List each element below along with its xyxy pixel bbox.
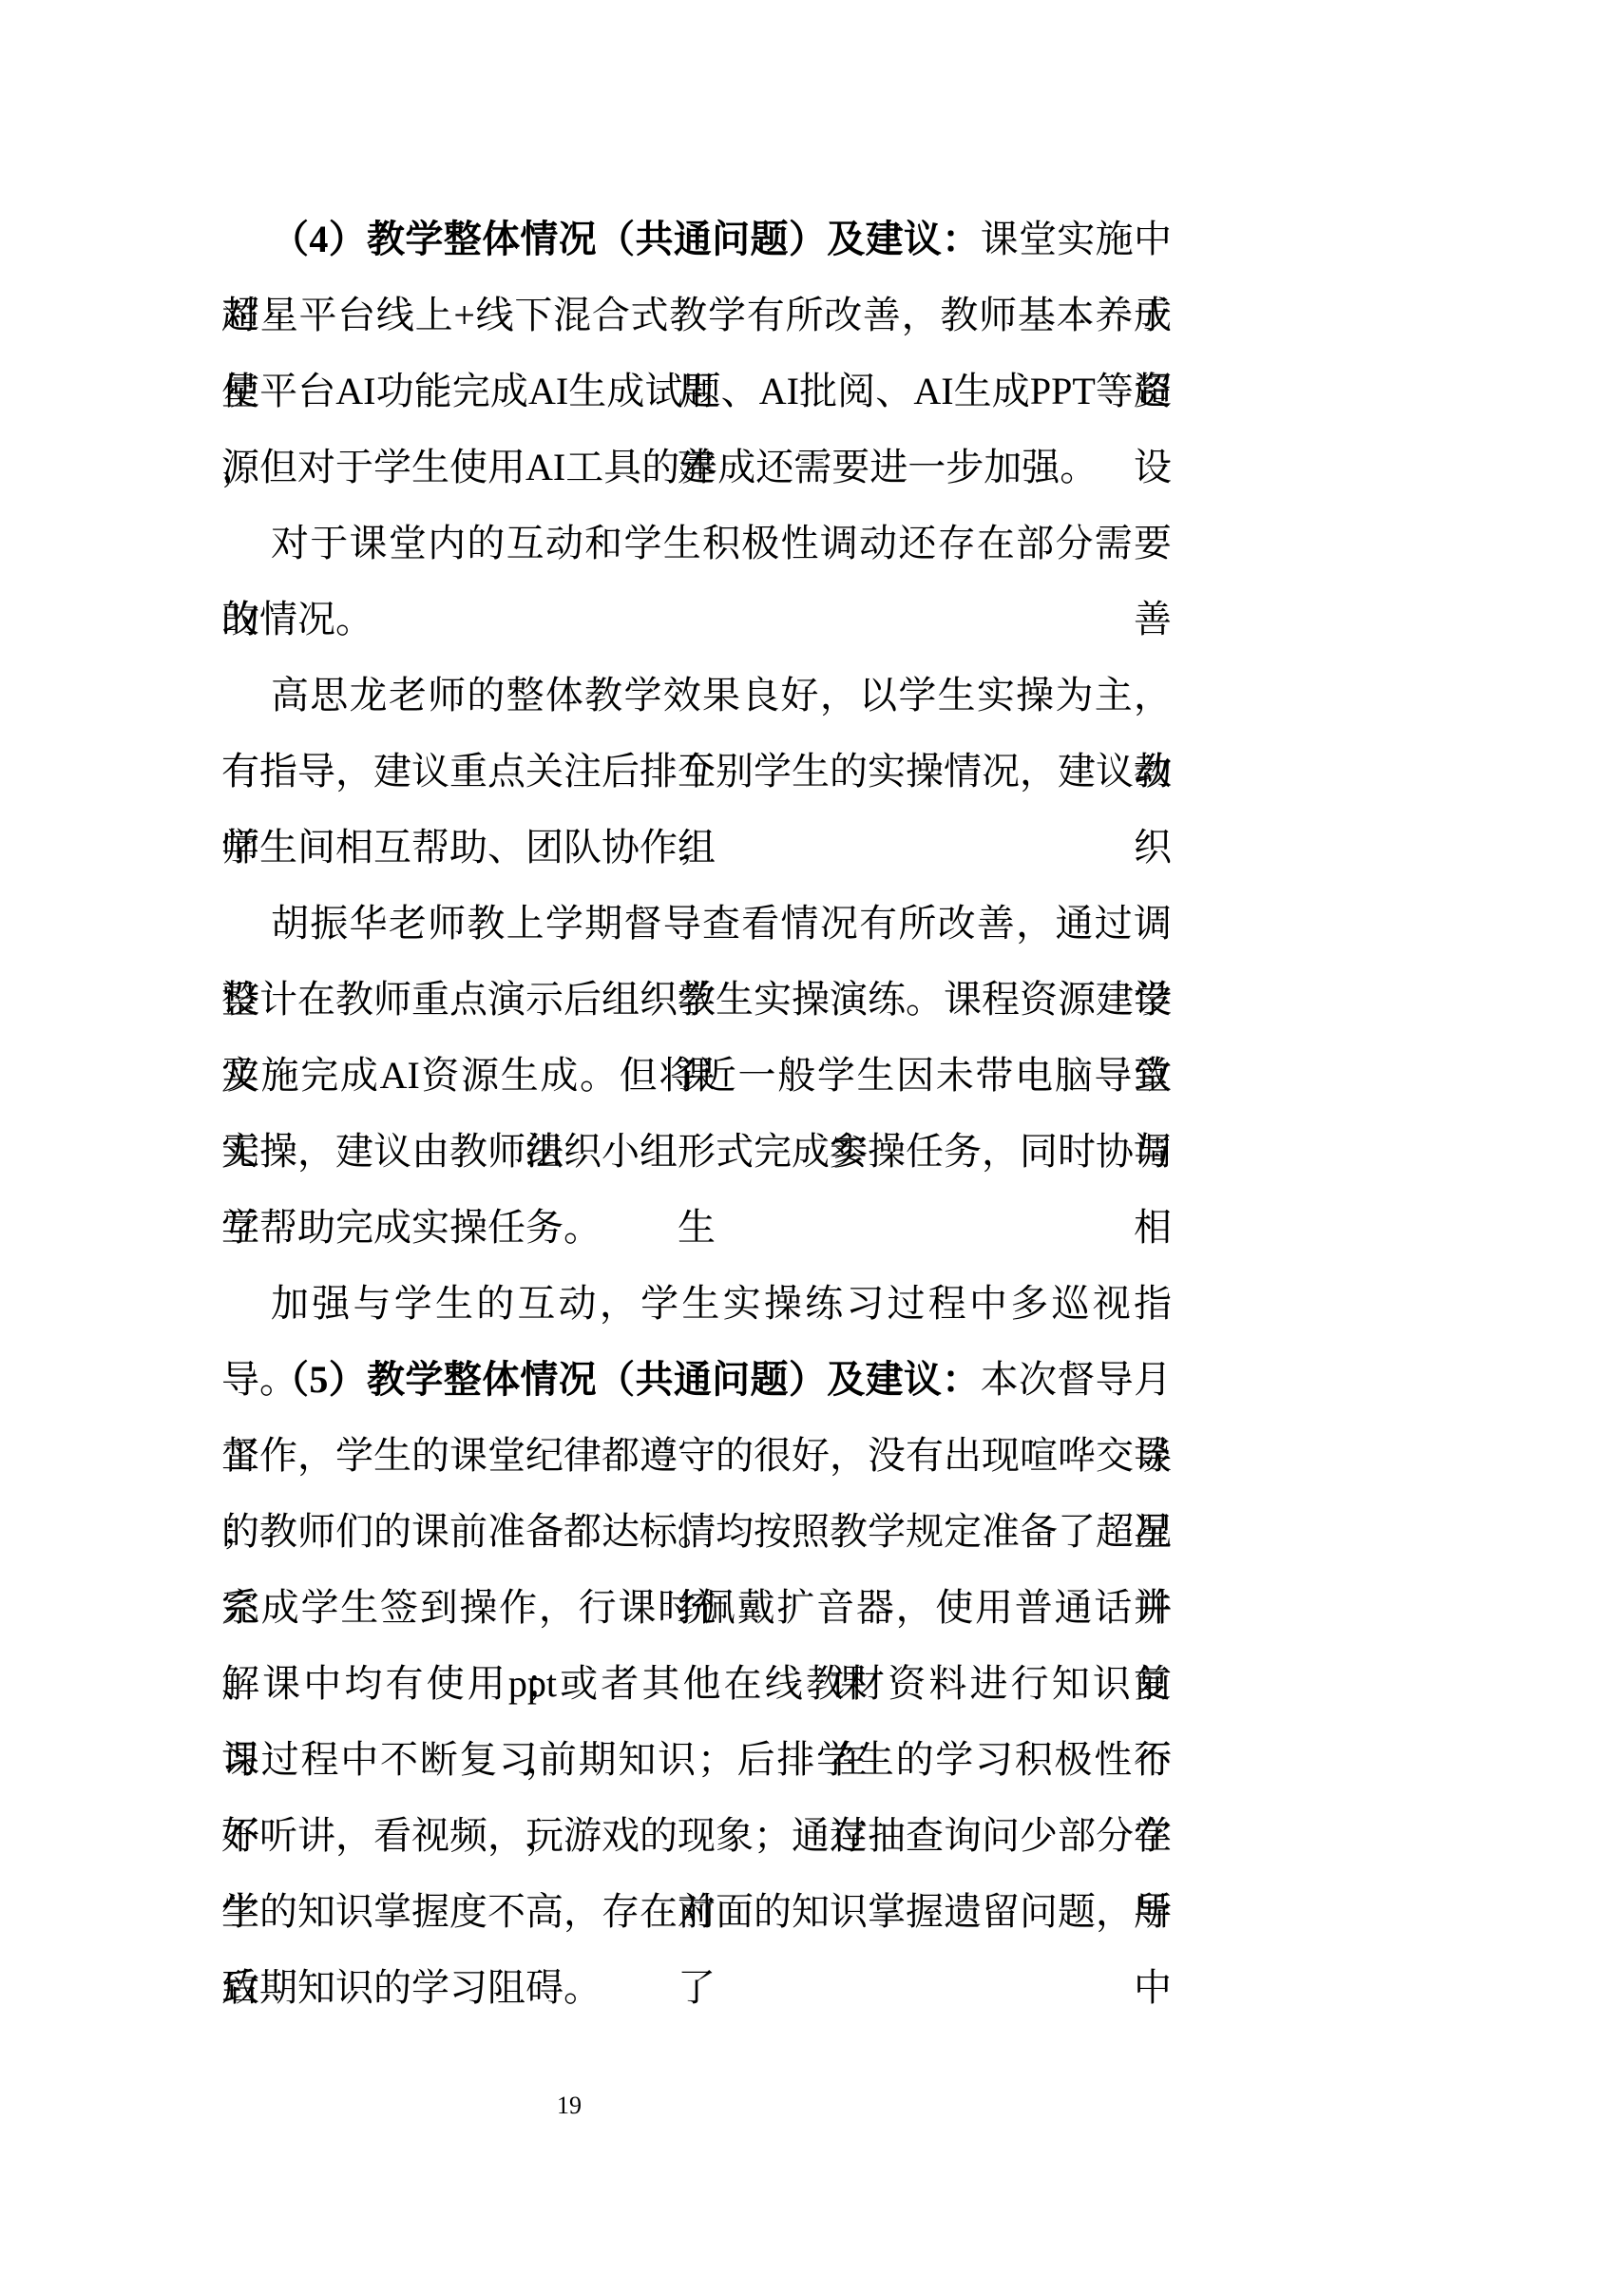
text-line: 有指导，建议重点关注后排个别学生的实操情况，建议教师组织 [221, 734, 1172, 810]
text-line: （5）教学整体情况（共通问题）及建议：本次督导月督导 [221, 1342, 1172, 1418]
document-body: （4）教学整体情况（共通问题）及建议：课堂实施中对于超星平台线上+线下混合式教学… [221, 201, 1172, 2026]
text-line: 超星平台线上+线下混合式教学有所改善，教师基本养成使用超 [221, 277, 1172, 354]
text-segment: 学生间相互帮助、团队协作； [221, 826, 716, 869]
text-line: 课过程中不断复习前期知识；后排学生的学习积极性不好，存在 [221, 1722, 1172, 1798]
text-segment: 的情况。 [221, 598, 373, 640]
text-line: 学的知识掌握度不高，存在前面的知识掌握遗留问题，导致了中 [221, 1874, 1172, 1950]
text-line: 对于课堂内的互动和学生积极性调动还存在部分需要改善 [221, 506, 1172, 582]
text-segment-bold: （4）教学整体情况（共通问题）及建议： [271, 218, 981, 260]
text-line: 完成学生签到操作，行课时佩戴扩音器，使用普通话讲解；课前 [221, 1570, 1172, 1646]
text-segment: 互帮助完成实操任务。 [221, 1206, 602, 1249]
text-line: 工作，学生的课堂纪律都遵守的很好，没有出现喧哗交谈的情况 [221, 1418, 1172, 1494]
text-segment: ，但对于学生使用AI工具的养成还需要进一步加强。 [221, 446, 1098, 488]
text-line: 高思龙老师的整体教学效果良好，以学生实操为主，有互动 [221, 658, 1172, 734]
text-line: （4）教学整体情况（共通问题）及建议：课堂实施中对于 [221, 201, 1172, 277]
text-line: 实施完成AI资源生成。但将近一般学生因未带电脑导致无法参与 [221, 1038, 1172, 1114]
text-line: 加强与学生的互动，学生实操练习过程中多巡视指导。 [221, 1266, 1172, 1342]
text-segment-bold: （5）教学整体情况（共通问题）及建议： [271, 1358, 981, 1401]
text-segment: 后期知识的学习阻碍。 [221, 1966, 602, 2009]
text-line: 胡振华老师教上学期督导查看情况有所改善，通过调整教学 [221, 886, 1172, 962]
text-line: ；教师们的课前准备都达标。均按照教学规定准备了超星系统并 [221, 1494, 1172, 1570]
text-line: 、课中均有使用ppt或者其他在线教材资料进行知识复习，在行 [221, 1646, 1172, 1722]
text-line: 星平台AI功能完成AI生成试题、AI批阅、AI生成PPT等资源建设 [221, 354, 1172, 430]
text-line: ，但对于学生使用AI工具的养成还需要进一步加强。 [221, 430, 1172, 506]
text-line: 实操，建议由教师组织小组形式完成实操任务，同时协调学生相 [221, 1114, 1172, 1190]
text-line: 设计在教师重点演示后组织学生实操演练。课程资源建设及课堂 [221, 962, 1172, 1038]
document-page: （4）教学整体情况（共通问题）及建议：课堂实施中对于超星平台线上+线下混合式教学… [0, 0, 1624, 2274]
page-number: 19 [557, 2091, 582, 2121]
text-line: 不听讲，看视频，玩游戏的现象；通过抽查询问少部分学生对所 [221, 1798, 1172, 1874]
